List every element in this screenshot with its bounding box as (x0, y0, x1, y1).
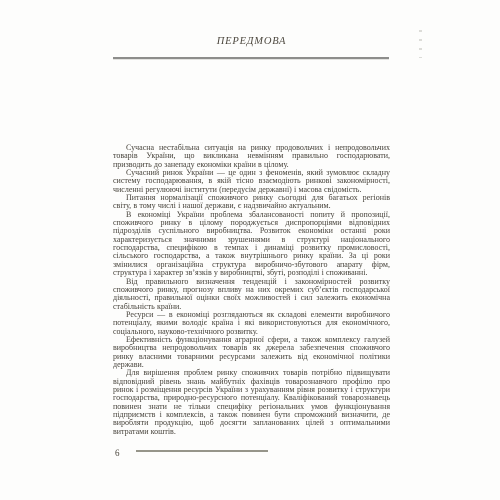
paragraph: В економіці України проблема збалансован… (113, 211, 390, 278)
book-page: ПЕРЕДМОВА Сучасна нестабільна ситуація н… (0, 0, 500, 500)
footer-rule (136, 450, 268, 452)
paragraph: Ефективність функціонування аграрної сфе… (113, 336, 390, 369)
page-number: 6 (115, 448, 120, 458)
paragraph: Від правильного визначення тенденцій і з… (113, 278, 390, 311)
header-rule (113, 57, 389, 60)
paragraph: Для вирішення проблем ринку споживчих то… (113, 369, 390, 436)
body-text: Сучасна нестабільна ситуація на ринку пр… (113, 144, 390, 436)
paragraph: Питання нормалізації споживчого ринку сь… (113, 194, 390, 211)
paragraph: Сучасна нестабільна ситуація на ринку пр… (113, 144, 390, 169)
chapter-title: ПЕРЕДМОВА (113, 36, 390, 47)
paragraph: Сучасний ринок України — це один з феном… (113, 169, 390, 194)
scan-artifact (419, 30, 422, 58)
paragraph: Ресурси — в економіці розглядаються як с… (113, 311, 390, 336)
